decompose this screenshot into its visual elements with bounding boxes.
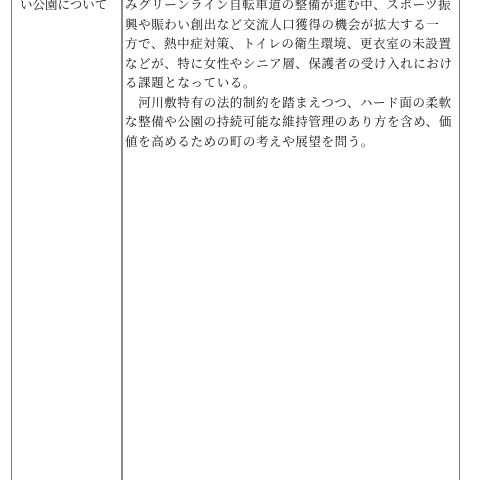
table-border-right: [459, 0, 460, 480]
content-text-line: 方で、熱中症対策、トイレの衛生環境、更衣室の未設置: [125, 34, 457, 54]
content-text-line: みグリーンライン自転車道の整備が進む中、スポーツ振: [125, 0, 457, 15]
table-column-divider: [121, 0, 123, 480]
table-cell-content: みグリーンライン自転車道の整備が進む中、スポーツ振 興や賑わい創出など交流人口獲…: [125, 0, 457, 151]
content-text-line: 値を高めるための町の考えや展望を問う。: [125, 132, 457, 152]
table-border-left: [11, 0, 12, 480]
content-text-line: な整備や公園の持続可能な維持管理のあり方を含め、価: [125, 112, 457, 132]
content-text-line: 河川敷特有の法的制約を踏まえつつ、ハード面の柔軟: [125, 93, 457, 113]
table-cell-topic: い公園について: [20, 0, 120, 14]
topic-text-line: い公園について: [20, 0, 120, 14]
content-text-line: 興や賑わい創出など交流人口獲得の機会が拡大する一: [125, 15, 457, 35]
content-text-line: などが、特に女性やシニア層、保護者の受け入れにおけ: [125, 54, 457, 74]
document-page: い公園について みグリーンライン自転車道の整備が進む中、スポーツ振 興や賑わい創…: [0, 0, 480, 480]
content-text-line: る課題となっている。: [125, 73, 457, 93]
